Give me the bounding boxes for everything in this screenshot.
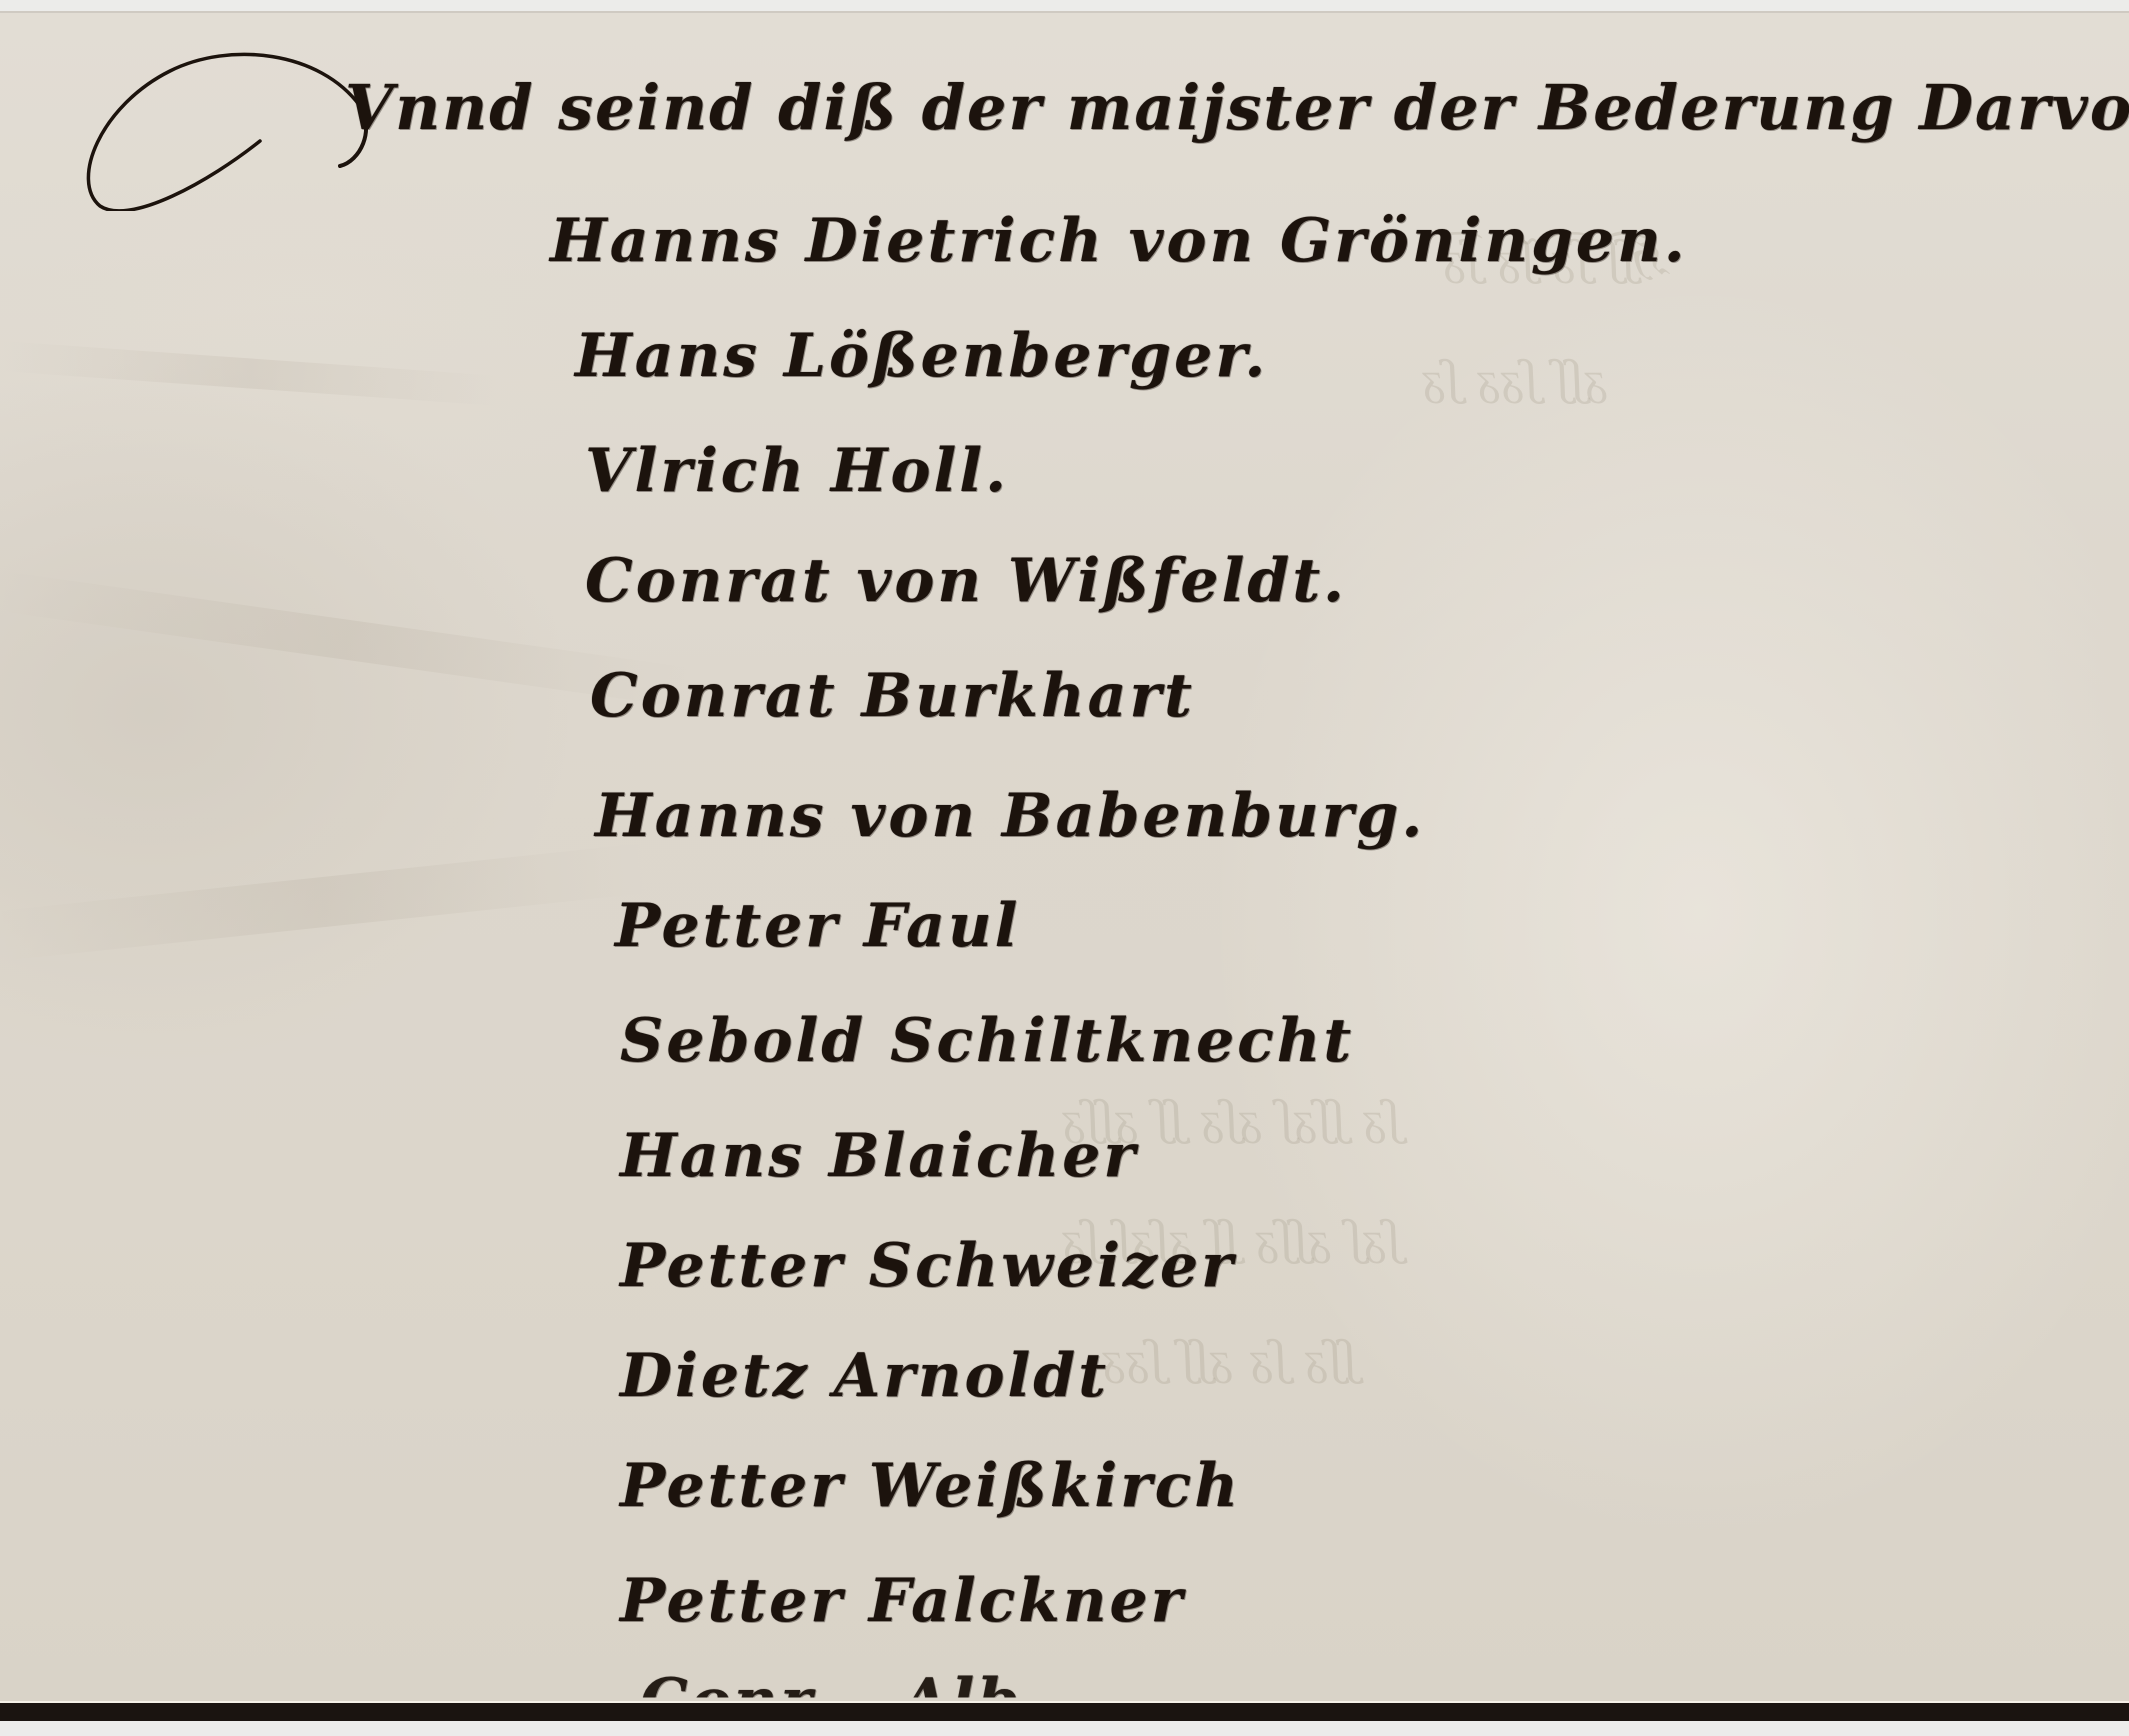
name-entry: Hans Blaicher	[620, 1121, 1138, 1191]
heading-line: Vnnd seind diß der maijster der Bederung…	[345, 71, 2129, 144]
name-entry: Hanns Dietrich von Gröningen.	[550, 206, 1688, 276]
paper-crease	[0, 341, 500, 406]
bleed-through-text: ʃʃᵹ ʃᵹ ᵹʃʃ ʃᵹᵹ	[1100, 1331, 1355, 1385]
name-entry: Petter Faul	[615, 891, 1020, 961]
paper-crease	[0, 843, 649, 961]
name-entry: Vlrich Holl.	[585, 436, 1009, 506]
bleed-through-text: ᵹʃʃ ʃᵹᵹ ʃᵹ	[1420, 351, 1606, 405]
name-entry: Dietz Arnoldt	[620, 1341, 1109, 1411]
name-entry: Conrat Burkhart	[590, 661, 1195, 731]
initial-flourish-icon	[60, 31, 380, 211]
name-entry: Hanns von Babenburg.	[595, 781, 1425, 851]
name-entry: Hans Lößenberger.	[575, 321, 1268, 391]
name-entry: Sebold Schiltknecht	[620, 1006, 1354, 1076]
name-entry: Conrat von Wißfeldt.	[585, 546, 1347, 616]
name-entry: Petter Schweizer	[620, 1231, 1236, 1301]
page-bottom-edge	[0, 1701, 2129, 1719]
name-entry: Petter Falckner	[620, 1566, 1185, 1636]
name-entry: Petter Weißkirch	[620, 1451, 1241, 1521]
manuscript-page: ℌ͡ʃʃ ʃ͡ᵹ ʃ̃ᵹ ʃ͡ᵹ ᵹʃʃ ʃᵹᵹ ʃᵹ ʃᵹ ʃʃᵹʃ ᵹʃᵹ …	[0, 11, 2129, 1701]
